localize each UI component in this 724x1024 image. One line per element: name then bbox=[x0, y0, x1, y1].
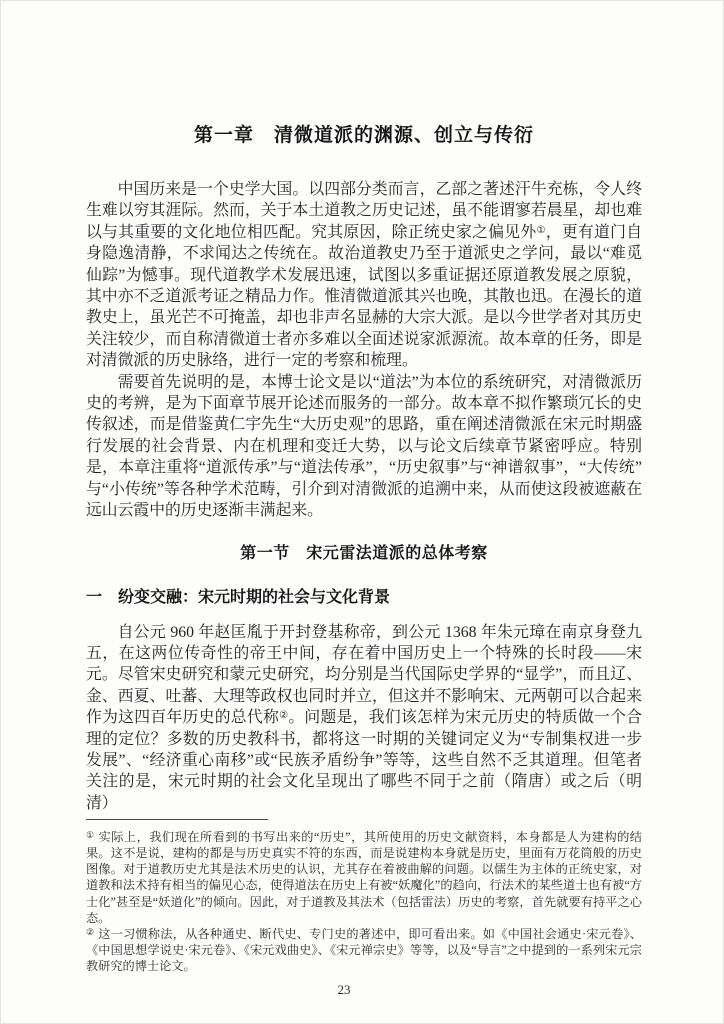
footnote-2: ②这一习惯称法，从各种通史、断代史、专门史的著述中，即可看出来。如《中国社会通史… bbox=[86, 926, 642, 974]
chapter-title: 第一章 清微道派的渊源、创立与传衍 bbox=[86, 120, 642, 147]
footnote-ref-1: ① bbox=[536, 225, 545, 236]
footnote-separator bbox=[86, 819, 268, 820]
footnote-ref-2: ② bbox=[279, 710, 288, 721]
paragraph-3: 自公元 960 年赵匡胤于开封登基称帝，到公元 1368 年朱元璋在南京身登九五… bbox=[86, 622, 642, 815]
paragraph-2: 需要首先说明的是，本博士论文是以“道法”为本位的系统研究，对清微派历史的考辨，是… bbox=[86, 372, 642, 522]
footnote-1: ①实际上，我们现在所看到的书写出来的“历史”，其所使用的历史文献资料，本身都是人… bbox=[86, 829, 642, 926]
section-title: 第一节 宋元雷法道派的总体考察 bbox=[86, 540, 642, 563]
document-page: 第一章 清微道派的渊源、创立与传衍 中国历来是一个史学大国。以四部分类而言，乙部… bbox=[0, 0, 724, 1024]
footnote-2-marker: ② bbox=[86, 927, 94, 937]
paragraph-1: 中国历来是一个史学大国。以四部分类而言，乙部之著述汗牛充栋，令人终生难以穷其涯际… bbox=[86, 179, 642, 372]
footnote-1-text: 实际上，我们现在所看到的书写出来的“历史”，其所使用的历史文献资料，本身都是人为… bbox=[86, 830, 642, 924]
page-number: 23 bbox=[66, 982, 622, 998]
footnotes-section: ①实际上，我们现在所看到的书写出来的“历史”，其所使用的历史文献资料，本身都是人… bbox=[86, 829, 642, 974]
paragraph-1-text-continued: ，更有道门自身隐逸清静，不求闻达之传统在。故治道教史乃至于道派史之学问，最以“难… bbox=[86, 224, 642, 369]
page-content: 第一章 清微道派的渊源、创立与传衍 中国历来是一个史学大国。以四部分类而言，乙部… bbox=[86, 1, 642, 998]
footnote-2-text: 这一习惯称法，从各种通史、断代史、专门史的著述中，即可看出来。如《中国社会通史·… bbox=[86, 927, 642, 973]
footnote-1-marker: ① bbox=[86, 830, 95, 840]
subsection-title: 一 纷变交融：宋元时期的社会与文化背景 bbox=[86, 584, 642, 607]
